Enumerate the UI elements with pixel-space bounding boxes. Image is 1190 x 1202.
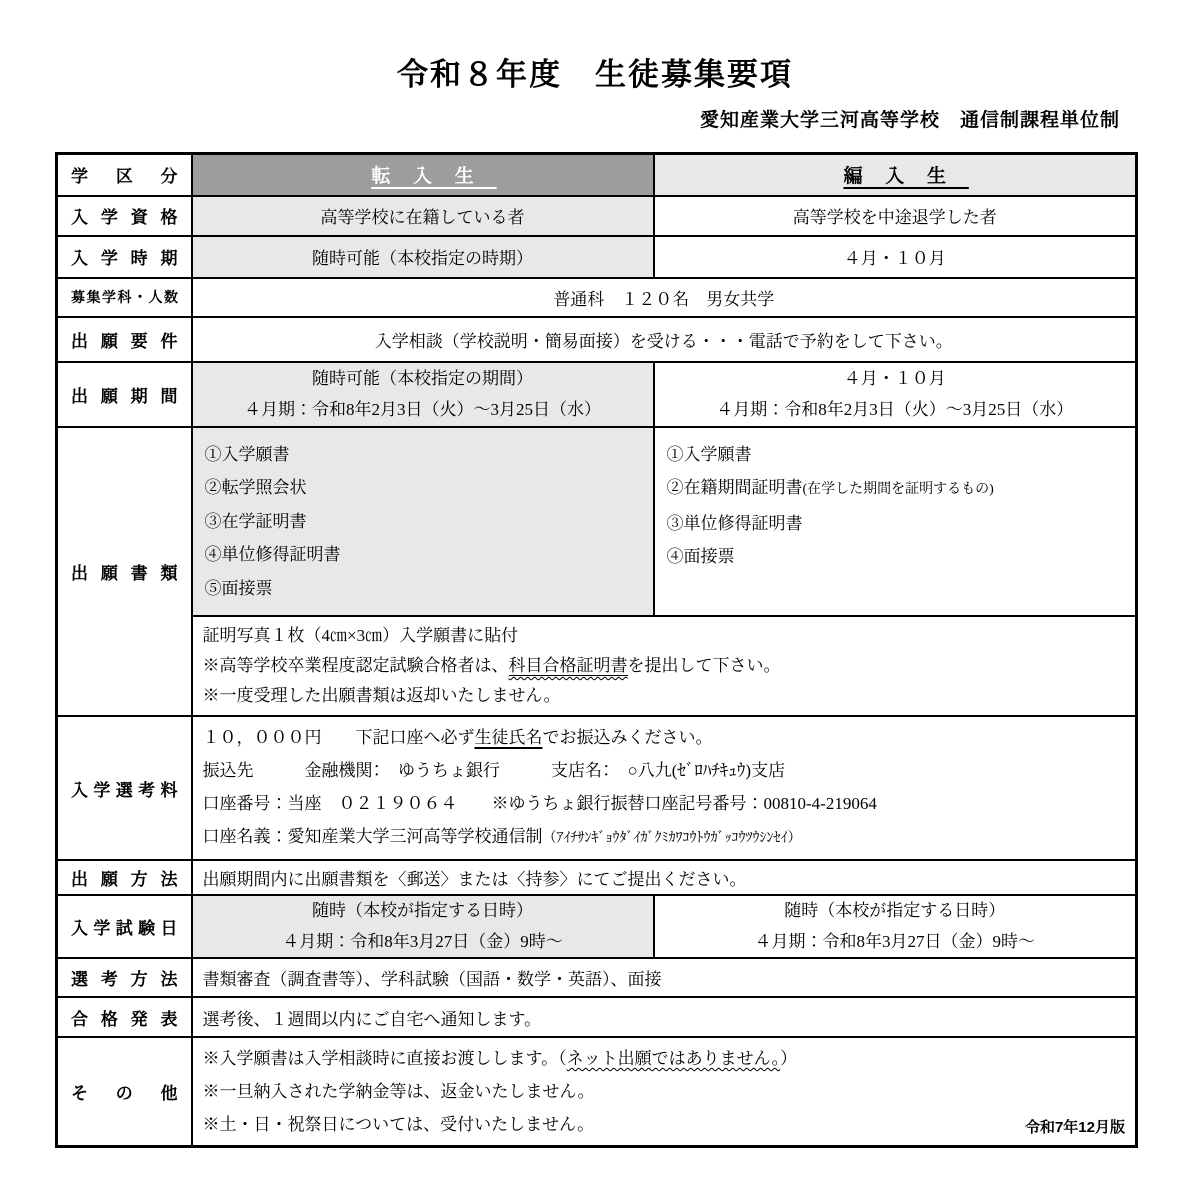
table-row-capacity: 募集学科・人数 普通科 １２０名 男女共学 — [57, 278, 1137, 317]
version-stamp: 令和7年12月版 — [1025, 1116, 1125, 1137]
table-row-eligibility: 入学資格 高等学校に在籍している者 高等学校を中途退学した者 — [57, 196, 1137, 236]
cell-exam-reentry: 随時（本校が指定する日時） ４月期：令和8年3月27日（金）9時～ — [654, 895, 1137, 958]
cell-documents-note: 証明写真１枚（4㎝×3㎝）入学願書に貼付 ※高等学校卒業程度認定試験合格者は、科… — [192, 616, 1137, 716]
cell-exam-transfer: 随時（本校が指定する日時） ４月期：令和8年3月27日（金）9時～ — [192, 895, 654, 958]
exam-reentry-line1: 随時（本校が指定する日時） — [784, 900, 1005, 922]
header-transfer-students: 転入生 — [192, 154, 654, 196]
header-reentry-students: 編入生 — [654, 154, 1137, 196]
document-item-annotation: (在学した期間を証明するもの) — [803, 482, 994, 497]
document-item: ③単位修得証明書 — [667, 507, 1124, 541]
table-row-documents-note: 証明写真１枚（4㎝×3㎝）入学願書に貼付 ※高等学校卒業程度認定試験合格者は、科… — [57, 616, 1137, 716]
document-item: ④単位修得証明書 — [205, 538, 641, 572]
cell-application-method: 出願期間内に出願書類を〈郵送〉または〈持参〉にてご提出ください。 — [192, 860, 1137, 895]
cell-period-reentry: ４月・１０月 ４月期：令和8年2月3日（火）～3月25日（水） — [654, 362, 1137, 427]
row-label-timing: 入学時期 — [57, 236, 192, 278]
cell-eligibility-reentry: 高等学校を中途退学した者 — [654, 196, 1137, 236]
cell-timing-reentry: ４月・１０月 — [654, 236, 1137, 278]
cell-other-notes: ※入学願書は入学相談時に直接お渡しします。（ネット出願ではありません。） ※一旦… — [192, 1037, 1137, 1147]
documents-note-line3: ※一度受理した出願書類は返却いたしません。 — [203, 681, 1126, 711]
exam-transfer-line1: 随時（本校が指定する日時） — [312, 900, 533, 922]
document-item: ②在籍期間証明書(在学した期間を証明するもの) — [667, 471, 1124, 507]
table-row-screening-fee: 入学選考料 １０，０００円 下記口座へ必ず生徒氏名でお振込みください。 振込先 … — [57, 716, 1137, 860]
cell-eligibility-transfer: 高等学校に在籍している者 — [192, 196, 654, 236]
table-row-application-period: 出願期間 随時可能（本校指定の期間） ４月期：令和8年2月3日（火）～3月25日… — [57, 362, 1137, 427]
fee-account-number-line: 口座番号：当座 ０２１９０６４ ※ゆうちょ銀行振替口座記号番号：00810-4-… — [203, 787, 1126, 820]
cell-period-transfer: 随時可能（本校指定の期間） ４月期：令和8年2月3日（火）～3月25日（水） — [192, 362, 654, 427]
period-transfer-line2: ４月期：令和8年2月3日（火）～3月25日（水） — [244, 399, 601, 421]
documents-note-line1: 証明写真１枚（4㎝×3㎝）入学願書に貼付 — [203, 621, 1126, 651]
admission-guideline-table: 学区分 転入生 編入生 入学資格 高等学校に在籍している者 高等学校を中途退学し… — [55, 152, 1138, 1148]
document-item: ①入学願書 — [667, 438, 1124, 472]
row-label-application-method: 出願方法 — [57, 860, 192, 895]
cell-selection-method: 書類審査（調査書等）、学科試験（国語・数学・英語）、面接 — [192, 958, 1137, 997]
table-row-result-announcement: 合格発表 選考後、１週間以内にご自宅へ通知します。 — [57, 997, 1137, 1037]
document-item: ⑤面接票 — [205, 572, 641, 606]
document-item: ④面接票 — [667, 540, 1124, 574]
document-item-main: ②在籍期間証明書 — [667, 478, 803, 497]
table-row-exam-date: 入学試験日 随時（本校が指定する日時） ４月期：令和8年3月27日（金）9時～ … — [57, 895, 1137, 958]
fee-bank-line: 振込先 金融機関： ゆうちょ銀行 支店名： ○八九(ｾﾞﾛﾊﾁｷｭｳ)支店 — [203, 754, 1126, 787]
fee-account-name-main: 口座名義：愛知産業大学三河高等学校通信制 — [203, 827, 543, 846]
school-name: 愛知産業大学三河高等学校 通信制課程単位制 — [0, 108, 1190, 134]
row-label-requirement: 出願要件 — [57, 317, 192, 362]
cell-screening-fee: １０，０００円 下記口座へ必ず生徒氏名でお振込みください。 振込先 金融機関： … — [192, 716, 1137, 860]
period-reentry-line2: ４月期：令和8年2月3日（火）～3月25日（水） — [716, 399, 1073, 421]
cell-result-announcement: 選考後、１週間以内にご自宅へ通知します。 — [192, 997, 1137, 1037]
document-item: ②転学照会状 — [205, 471, 641, 505]
table-row-timing: 入学時期 随時可能（本校指定の時期） ４月・１０月 — [57, 236, 1137, 278]
row-label-application-period: 出願期間 — [57, 362, 192, 427]
row-label-category: 学区分 — [57, 154, 192, 196]
exam-reentry-line2: ４月期：令和8年3月27日（金）9時～ — [755, 931, 1036, 953]
other-note-line1: ※入学願書は入学相談時に直接お渡しします。（ネット出願ではありません。） — [203, 1042, 1126, 1075]
table-row-other-notes: その他 ※入学願書は入学相談時に直接お渡しします。（ネット出願ではありません。）… — [57, 1037, 1137, 1147]
documents-note-line2: ※高等学校卒業程度認定試験合格者は、科目合格証明書を提出して下さい。 — [203, 651, 1126, 681]
exam-transfer-line2: ４月期：令和8年3月27日（金）9時～ — [282, 931, 563, 953]
row-label-capacity: 募集学科・人数 — [57, 278, 192, 317]
cell-documents-reentry: ①入学願書 ②在籍期間証明書(在学した期間を証明するもの) ③単位修得証明書 ④… — [654, 427, 1137, 617]
document-item: ①入学願書 — [205, 438, 641, 472]
table-row-selection-method: 選考方法 書類審査（調査書等）、学科試験（国語・数学・英語）、面接 — [57, 958, 1137, 997]
row-label-selection-method: 選考方法 — [57, 958, 192, 997]
row-label-application-documents: 出願書類 — [57, 427, 192, 717]
row-label-exam-date: 入学試験日 — [57, 895, 192, 958]
row-label-screening-fee: 入学選考料 — [57, 716, 192, 860]
row-label-eligibility: 入学資格 — [57, 196, 192, 236]
table-row-application-method: 出願方法 出願期間内に出願書類を〈郵送〉または〈持参〉にてご提出ください。 — [57, 860, 1137, 895]
cell-documents-transfer: ①入学願書 ②転学照会状 ③在学証明書 ④単位修得証明書 ⑤面接票 — [192, 427, 654, 617]
other-note-line3: ※土・日・祝祭日については、受付いたしません。 — [203, 1108, 1126, 1141]
document-item: ③在学証明書 — [205, 505, 641, 539]
period-transfer-line1: 随時可能（本校指定の期間） — [312, 368, 533, 390]
fee-amount-line: １０，０００円 下記口座へ必ず生徒氏名でお振込みください。 — [203, 721, 1126, 754]
document-page: 令和８年度 生徒募集要項 愛知産業大学三河高等学校 通信制課程単位制 学区分 転… — [0, 0, 1190, 1202]
other-note-line2: ※一旦納入された学納金等は、返金いたしません。 — [203, 1075, 1126, 1108]
cell-requirement: 入学相談（学校説明・簡易面接）を受ける・・・電話で予約をして下さい。 — [192, 317, 1137, 362]
row-label-result-announcement: 合格発表 — [57, 997, 192, 1037]
table-row-application-documents: 出願書類 ①入学願書 ②転学照会状 ③在学証明書 ④単位修得証明書 ⑤面接票 ①… — [57, 427, 1137, 617]
cell-capacity: 普通科 １２０名 男女共学 — [192, 278, 1137, 317]
period-reentry-line1: ４月・１０月 — [844, 368, 946, 390]
cell-timing-transfer: 随時可能（本校指定の時期） — [192, 236, 654, 278]
page-title: 令和８年度 生徒募集要項 — [0, 0, 1190, 96]
row-label-other-notes: その他 — [57, 1037, 192, 1147]
fee-account-name-line: 口座名義：愛知産業大学三河高等学校通信制（ｱｲﾁｻﾝｷﾞｮｳﾀﾞｲｶﾞｸﾐｶﾜｺ… — [203, 820, 1126, 855]
table-row-requirement: 出願要件 入学相談（学校説明・簡易面接）を受ける・・・電話で予約をして下さい。 — [57, 317, 1137, 362]
fee-account-name-kana: （ｱｲﾁｻﾝｷﾞｮｳﾀﾞｲｶﾞｸﾐｶﾜｺｳﾄｳｶﾞｯｺｳﾂｳｼﾝｾｲ） — [543, 831, 802, 846]
table-row-category: 学区分 転入生 編入生 — [57, 154, 1137, 196]
